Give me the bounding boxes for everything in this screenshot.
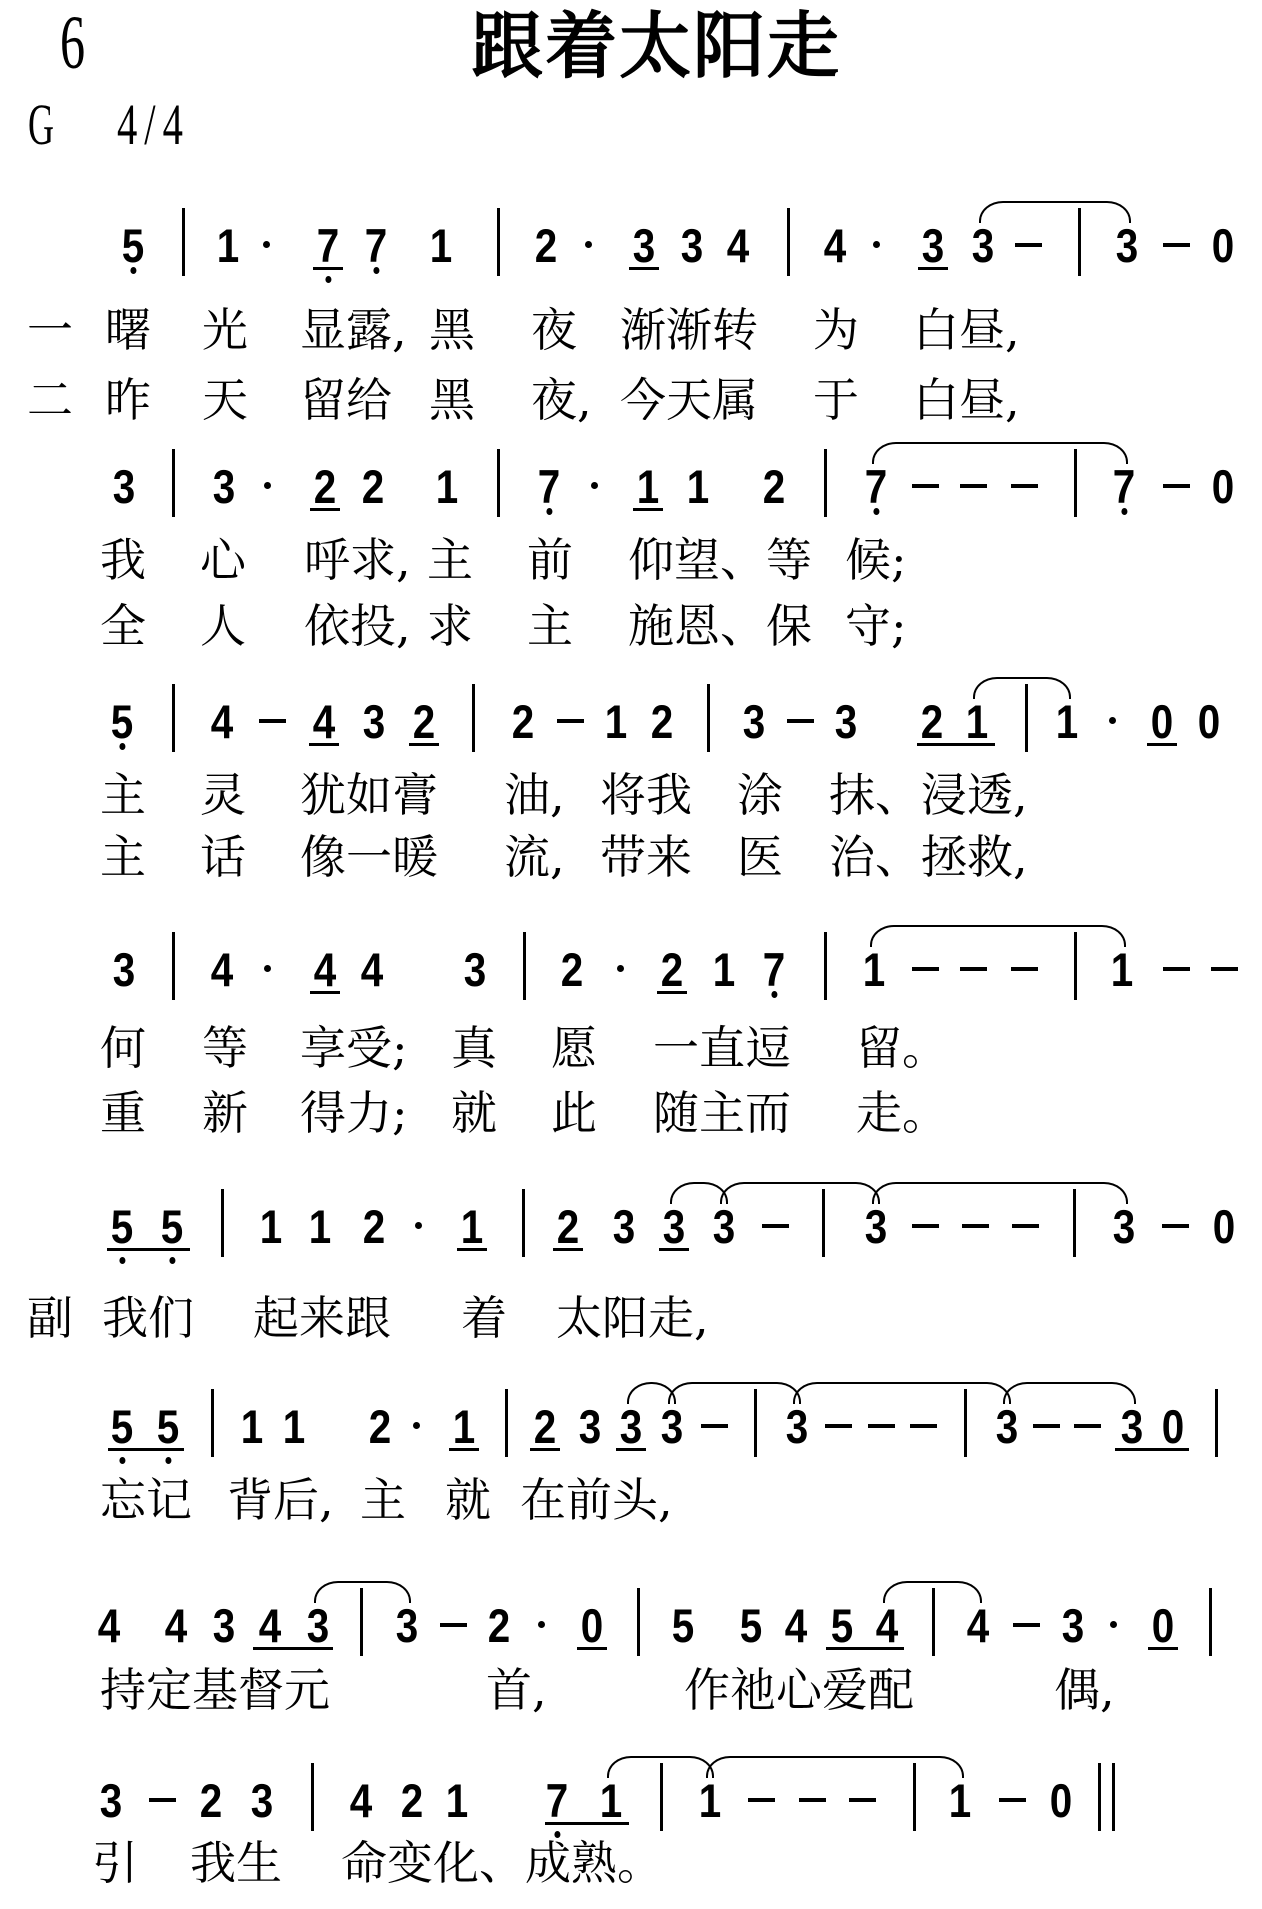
lyric-segment: 主 [100,772,146,818]
note: 1 [254,1203,288,1250]
augmentation-dot [413,1422,420,1429]
barline [824,449,827,517]
note: 3 [990,1403,1024,1450]
beam-underline [577,1647,607,1650]
lyric-segment: 在前头, [520,1477,673,1523]
barline [707,684,710,752]
dash-extension [825,1424,852,1428]
note: 1 [693,1777,727,1824]
lyric-segment: 施恩、保 [628,603,812,649]
chorus-label: 副 [27,1295,73,1341]
note: 2 [655,946,689,993]
note: 7 [859,463,893,510]
lyric-segment: 走。 [856,1090,948,1136]
dash-extension [1013,1623,1040,1627]
note: 3 [390,1602,424,1649]
note: 1 [943,1777,977,1824]
note: 2 [506,698,540,745]
note: 1 [707,946,741,993]
dash-extension [149,1798,176,1802]
note: 1 [235,1403,269,1450]
dash-extension [440,1623,467,1627]
note: 2 [194,1777,228,1824]
lyric-segment: 命变化、成熟。 [341,1840,663,1886]
lyric-segment: 求 [427,603,473,649]
note: 3 [780,1403,814,1450]
note: 0 [1206,463,1240,510]
tie-arc [668,1382,801,1404]
barline [182,208,185,276]
note: 3 [245,1777,279,1824]
barline [1209,1588,1212,1656]
note: 3 [829,698,863,745]
beam-underline [545,1822,629,1825]
lyric-segment: 天 [202,377,248,423]
augmentation-dot [263,241,270,248]
lyric-segment: 享受; [300,1025,408,1071]
tie-arc [1003,1382,1136,1404]
lyric-segment: 得力; [300,1090,408,1136]
note: 1 [455,1203,489,1250]
note: 5 [666,1602,700,1649]
dash-extension [1074,1424,1101,1428]
beam-underline [253,1647,333,1650]
note: 1 [1105,946,1139,993]
lyric-segment: 人 [200,603,246,649]
beam-underline [826,1647,904,1650]
note: 5 [105,1203,139,1250]
lyric-segment: 曙 [105,307,151,353]
lyric-segment: 忘记 [100,1477,192,1523]
note: 4 [961,1602,995,1649]
lyric-segment: 将我 [600,772,692,818]
barline [211,1389,214,1457]
note: 3 [657,1203,691,1250]
note: 1 [599,698,633,745]
note: 3 [916,222,950,269]
lyric-segment: 真 [451,1025,497,1071]
augmentation-dot [585,241,592,248]
dash-extension [960,967,987,971]
beam-underline [108,1448,184,1451]
barline [497,449,500,517]
note: 1 [594,1777,628,1824]
note: 5 [151,1403,185,1450]
note: 3 [207,463,241,510]
note: 3 [107,463,141,510]
note: 3 [458,946,492,993]
lyric-segment: 就 [451,1090,497,1136]
dash-extension [910,1424,937,1428]
note: 3 [655,1403,689,1450]
barline [221,1189,224,1257]
note: 1 [303,1203,337,1250]
time-signature: 4/4 [117,96,190,154]
lyric-segment: 前 [527,537,573,583]
lyric-segment: 心 [200,537,246,583]
lyric-segment: 主 [100,834,146,880]
lyric-segment: 昨 [105,377,151,423]
barline [472,684,475,752]
note: 1 [424,222,458,269]
beam-underline [313,267,343,270]
augmentation-dot [873,241,880,248]
lyrics-verse-2: 全 人 依投, 求 主 施恩、保 守; [0,603,1262,649]
note: 7 [757,946,791,993]
dash-extension [1163,484,1190,488]
note: 5 [105,1403,139,1450]
double-barline [1112,1763,1115,1831]
tie-arc [973,677,1071,699]
dash-extension [1211,967,1238,971]
note: 3 [966,222,1000,269]
page-title: 跟着太阳走 [471,8,841,84]
dash-extension [849,1798,876,1802]
note: 3 [1056,1602,1090,1649]
lyric-segment: 为 [813,307,859,353]
lyric-segment: 全 [100,603,146,649]
note: 5 [105,698,139,745]
dash-extension [1033,1424,1060,1428]
key-signature: G [28,96,54,154]
note: 2 [757,463,791,510]
barline [637,1588,640,1656]
note: 7 [311,222,345,269]
note: 3 [627,222,661,269]
lyric-segment: 起来跟 [253,1295,391,1341]
lyric-segment: 重 [100,1090,146,1136]
tie-arc [979,201,1131,223]
barline [787,208,790,276]
lyric-segment: 候; [845,537,907,583]
lyric-segment: 渐渐转 [620,307,758,353]
lyrics-verse-1: 我 心 呼求, 主 前 仰望、等 候; [0,537,1262,583]
dash-extension [912,484,939,488]
beam-underline [616,1448,646,1451]
lyrics-verse-2: 主 话 像一暖 流, 带来 医 治、拯救, [0,834,1262,880]
lyric-segment: 一直逗 [653,1025,791,1071]
note: 3 [707,1203,741,1250]
note: 5 [734,1602,768,1649]
lyrics-chorus: 持定基督元 首, 作祂心爱配 偶, [0,1667,1262,1713]
lyric-segment: 夜, [531,377,592,423]
lyric-segment: 犹如膏 [300,772,438,818]
dash-extension [1163,967,1190,971]
augmentation-dot [1109,717,1116,724]
note: 3 [1107,1203,1141,1250]
lyric-segment: 偶, [1054,1667,1115,1713]
lyric-segment: 此 [551,1090,597,1136]
note: 4 [307,698,341,745]
beam-underline [310,508,340,511]
note: 4 [205,946,239,993]
lyric-segment: 留。 [856,1025,948,1071]
note: 0 [1207,1203,1241,1250]
beam-underline [107,1248,190,1251]
note: 2 [528,1403,562,1450]
tie-arc [883,1581,982,1603]
note: 7 [359,222,393,269]
lyric-segment: 依投, [304,603,411,649]
tie-arc [706,1756,964,1778]
augmentation-dot [1110,1621,1117,1628]
barline [523,932,526,1000]
lyrics-verse-1: 一 曙 光 显露, 黑 夜 渐渐转 为 白昼, [0,307,1262,353]
note: 2 [308,463,342,510]
note: 4 [205,698,239,745]
note: 0 [1206,222,1240,269]
note: 5 [116,222,150,269]
lyric-segment: 太阳走, [556,1295,709,1341]
lyric-segment: 着 [461,1295,507,1341]
tie-arc [870,925,1126,947]
note: 1 [631,463,665,510]
hymn-number: 6 [60,5,85,81]
note: 7 [532,463,566,510]
lyric-segment: 仰望、等 [628,537,812,583]
note: 2 [529,222,563,269]
note: 1 [681,463,715,510]
note: 0 [1146,1602,1180,1649]
beam-underline [657,991,687,994]
dash-extension [557,719,584,723]
dash-extension [999,1798,1026,1802]
note: 1 [960,698,994,745]
note: 2 [357,1203,391,1250]
lyric-segment: 就 [445,1477,491,1523]
beam-underline [1148,1647,1178,1650]
note: 7 [1107,463,1141,510]
beam-underline [530,1448,560,1451]
lyric-segment: 愿 [551,1025,597,1071]
note: 1 [277,1403,311,1450]
lyric-segment: 治、拯救, [829,834,1028,880]
note: 1 [440,1777,474,1824]
dash-extension [1011,967,1038,971]
barline [522,1189,525,1257]
augmentation-dot [264,965,271,972]
lyric-segment: 持定基督元 [100,1667,330,1713]
lyric-segment: 我们 [102,1295,194,1341]
note: 2 [363,1403,397,1450]
lyric-segment: 医 [737,834,783,880]
augmentation-dot [264,482,271,489]
note: 3 [737,698,771,745]
note: 5 [155,1203,189,1250]
lyrics-chorus: 忘记 背后, 主 就 在前头, [0,1477,1262,1523]
note: 3 [607,1203,641,1250]
barline [824,932,827,1000]
verse-number: 二 [27,377,73,423]
beam-underline [917,743,995,746]
sheet-music-page: 6 跟着太阳走 G 4/4 5 1 7 7 1 2 3 3 4 4 3 3 3 … [0,0,1262,1909]
note: 7 [540,1777,574,1824]
lyrics-verse-1: 何 等 享受; 真 愿 一直逗 留。 [0,1025,1262,1071]
lyric-segment: 流, [504,834,565,880]
beam-underline [309,743,339,746]
tie-arc [720,1182,880,1204]
augmentation-dot [538,1621,545,1628]
lyric-segment: 引 [92,1840,138,1886]
beam-underline [457,1248,487,1251]
tie-arc [793,1382,1011,1404]
lyric-segment: 光 [202,307,248,353]
note: 4 [344,1777,378,1824]
dash-extension [259,719,286,723]
dash-extension [1012,1224,1039,1228]
dash-extension [912,967,939,971]
note: 4 [870,1602,904,1649]
note: 3 [614,1403,648,1450]
dash-extension [868,1424,895,1428]
note: 2 [555,946,589,993]
tie-arc [872,442,1128,464]
dash-extension [1163,243,1190,247]
lyric-segment: 黑 [429,307,475,353]
note: 2 [645,698,679,745]
barline [1215,1389,1218,1457]
note: 0 [1192,698,1226,745]
lyric-segment: 涂 [737,772,783,818]
note: 4 [159,1602,193,1649]
dash-extension [960,484,987,488]
lyric-segment: 主 [427,537,473,583]
barline [172,684,175,752]
lyric-segment: 话 [200,834,246,880]
lyric-segment: 今天属 [620,377,758,423]
beam-underline [1115,1448,1189,1451]
barline [172,449,175,517]
note: 3 [1110,222,1144,269]
note: 2 [551,1203,585,1250]
note: 4 [779,1602,813,1649]
note: 2 [356,463,390,510]
lyric-segment: 显露, [300,307,407,353]
barline [311,1763,314,1831]
dash-extension [787,719,814,723]
note: 3 [675,222,709,269]
lyric-segment: 夜 [531,307,577,353]
note: 3 [94,1777,128,1824]
note: 2 [407,698,441,745]
dash-extension [701,1424,728,1428]
tie-arc [314,1581,411,1603]
note: 4 [721,222,755,269]
note: 0 [1145,698,1179,745]
lyric-segment: 随主而 [653,1090,791,1136]
dash-extension [1015,243,1042,247]
note: 1 [430,463,464,510]
note: 3 [207,1602,241,1649]
note: 4 [253,1602,287,1649]
lyrics-chorus: 引 我生 命变化、成熟。 [0,1840,1262,1886]
note: 4 [92,1602,126,1649]
note: 5 [825,1602,859,1649]
lyrics-chorus: 副 我们 起来跟 着 太阳走, [0,1295,1262,1341]
lyric-segment: 守; [845,603,907,649]
tie-arc [872,1182,1128,1204]
beam-underline [659,1248,689,1251]
lyric-segment: 白昼, [913,377,1020,423]
verse-number: 一 [27,307,73,353]
lyric-segment: 抹、浸透, [829,772,1028,818]
note: 3 [107,946,141,993]
lyric-segment: 我 [100,537,146,583]
double-barline [1098,1763,1101,1831]
lyric-segment: 油, [504,772,565,818]
beam-underline [449,1448,479,1451]
note: 2 [395,1777,429,1824]
lyric-segment: 像一暖 [300,834,438,880]
beam-underline [409,743,439,746]
beam-underline [553,1248,583,1251]
lyrics-verse-2: 二 昨 天 留给 黑 夜, 今天属 于 白昼, [0,377,1262,423]
lyric-segment: 等 [202,1025,248,1071]
beam-underline [1147,743,1177,746]
lyrics-verse-2: 重 新 得力; 就 此 随主而 走。 [0,1090,1262,1136]
note: 4 [818,222,852,269]
lyric-segment: 于 [813,377,859,423]
barline [497,208,500,276]
lyric-segment: 作祂心爱配 [684,1667,914,1713]
lyric-segment: 带来 [600,834,692,880]
note: 1 [211,222,245,269]
note: 2 [915,698,949,745]
note: 4 [308,946,342,993]
dash-extension [762,1224,789,1228]
note: 1 [1050,698,1084,745]
beam-underline [310,991,340,994]
lyric-segment: 白昼, [913,307,1020,353]
note: 3 [301,1602,335,1649]
augmentation-dot [415,1222,422,1229]
note: 1 [447,1403,481,1450]
dash-extension [748,1798,775,1802]
note: 3 [573,1403,607,1450]
dash-extension [962,1224,989,1228]
beam-underline [629,267,659,270]
lyric-segment: 黑 [429,377,475,423]
lyric-segment: 我生 [190,1840,282,1886]
note: 4 [355,946,389,993]
note: 2 [482,1602,516,1649]
lyric-segment: 何 [100,1025,146,1071]
beam-underline [918,267,948,270]
tie-arc [607,1756,714,1778]
note: 0 [575,1602,609,1649]
note: 1 [857,946,891,993]
dash-extension [1162,1224,1189,1228]
note: 3 [357,698,391,745]
note: 3 [859,1203,893,1250]
dash-extension [1011,484,1038,488]
lyric-segment: 主 [360,1477,406,1523]
lyric-segment: 呼求, [304,537,411,583]
beam-underline [633,508,663,511]
augmentation-dot [591,482,598,489]
note: 3 [1115,1403,1149,1450]
lyric-segment: 留给 [300,377,392,423]
lyric-segment: 背后, [227,1477,334,1523]
barline [172,932,175,1000]
augmentation-dot [617,965,624,972]
lyric-segment: 主 [527,603,573,649]
lyric-segment: 新 [202,1090,248,1136]
note: 0 [1156,1403,1190,1450]
lyric-segment: 首, [486,1667,547,1713]
note: 0 [1044,1777,1078,1824]
lyrics-verse-1: 主 灵 犹如膏 油, 将我 涂 抹、浸透, [0,772,1262,818]
